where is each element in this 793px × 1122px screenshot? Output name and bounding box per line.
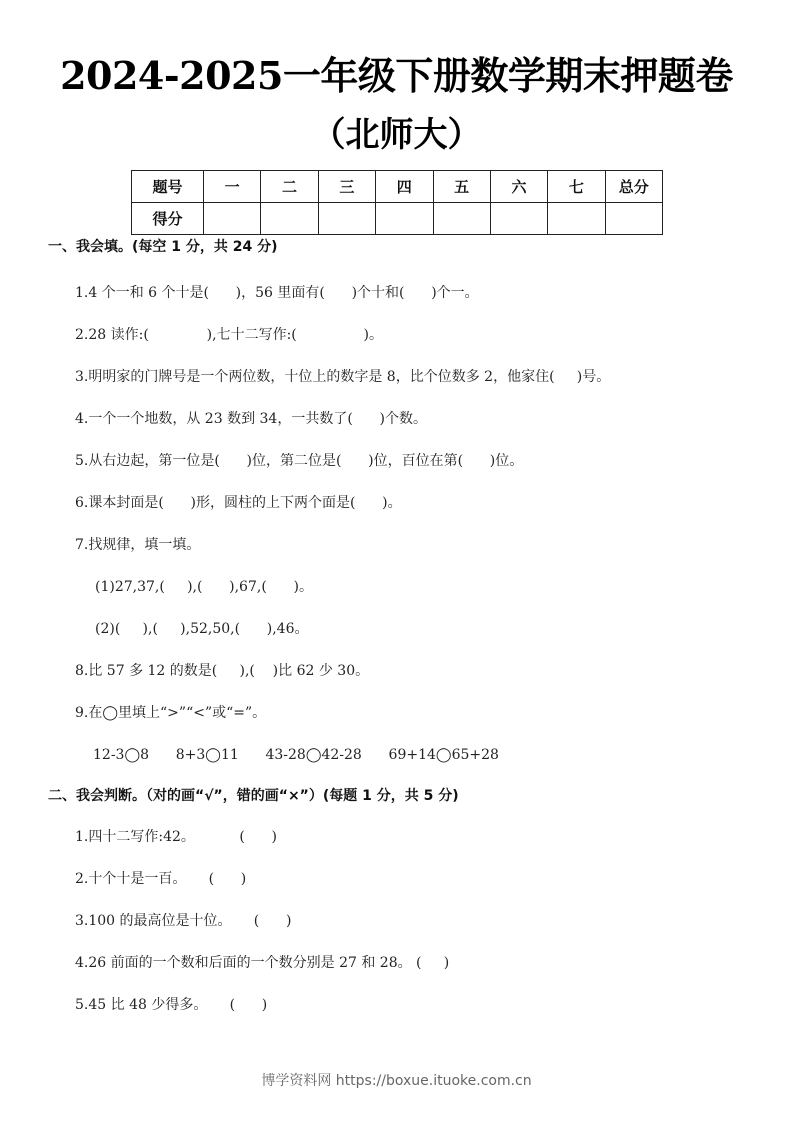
score-cell bbox=[318, 203, 375, 235]
score-cell bbox=[490, 203, 547, 235]
exam-subtitle: （北师大） bbox=[0, 112, 793, 158]
question: 4.一个一个地数，从 23 数到 34，一共数了( )个数。 bbox=[75, 409, 427, 429]
question: 1.4 个一和 6 个十是( )，56 里面有( )个十和( )个一。 bbox=[75, 283, 479, 303]
question: 6.课本封面是( )形，圆柱的上下两个面是( )。 bbox=[75, 493, 402, 513]
score-table-header-row: 题号 一 二 三 四 五 六 七 总分 bbox=[132, 171, 663, 203]
question: 3.明明家的门牌号是一个两位数，十位上的数字是 8，比个位数多 2，他家住( )… bbox=[75, 367, 610, 387]
header-cell: 七 bbox=[548, 171, 605, 203]
question: 9.在◯里填上“>”“<”或“=”。 bbox=[75, 703, 266, 723]
score-cell bbox=[261, 203, 318, 235]
sub-question: (2)( ),( ),52,50,( ),46。 bbox=[95, 619, 309, 639]
header-cell: 一 bbox=[204, 171, 261, 203]
question: 4.26 前面的一个数和后面的一个数分别是 27 和 28。 ( ) bbox=[75, 953, 449, 973]
score-cell bbox=[376, 203, 433, 235]
comparison-row: 12-3◯8 8+3◯11 43-28◯42-28 69+14◯65+28 bbox=[93, 745, 499, 765]
score-cell bbox=[204, 203, 261, 235]
header-cell: 题号 bbox=[132, 171, 204, 203]
footer-watermark: 博学资料网 https://boxue.ituoke.com.cn bbox=[0, 1070, 793, 1090]
question: 5.从右边起，第一位是( )位，第二位是( )位，百位在第( )位。 bbox=[75, 451, 523, 471]
exam-title: 2024-2025一年级下册数学期末押题卷 bbox=[0, 52, 793, 100]
score-label-cell: 得分 bbox=[132, 203, 204, 235]
header-cell: 六 bbox=[490, 171, 547, 203]
section2-heading: 二、我会判断。（对的画“√”，错的画“×”）(每题 1 分，共 5 分) bbox=[48, 786, 459, 806]
score-table-score-row: 得分 bbox=[132, 203, 663, 235]
question: 1.四十二写作:42。 ( ) bbox=[75, 827, 277, 847]
score-cell bbox=[548, 203, 605, 235]
question: 7.找规律，填一填。 bbox=[75, 535, 200, 555]
header-cell: 四 bbox=[376, 171, 433, 203]
header-cell: 二 bbox=[261, 171, 318, 203]
question: 2.28 读作:( ),七十二写作:( )。 bbox=[75, 325, 383, 345]
header-cell: 五 bbox=[433, 171, 490, 203]
question: 5.45 比 48 少得多。 ( ) bbox=[75, 995, 267, 1015]
section1-heading: 一、我会填。(每空 1 分，共 24 分) bbox=[48, 237, 278, 257]
header-cell: 三 bbox=[318, 171, 375, 203]
score-cell bbox=[605, 203, 662, 235]
question: 3.100 的最高位是十位。 ( ) bbox=[75, 911, 291, 931]
score-table: 题号 一 二 三 四 五 六 七 总分 得分 bbox=[131, 170, 663, 235]
sub-question: (1)27,37,( ),( ),67,( )。 bbox=[95, 577, 313, 597]
question: 8.比 57 多 12 的数是( ),( )比 62 少 30。 bbox=[75, 661, 369, 681]
question: 2.十个十是一百。 ( ) bbox=[75, 869, 246, 889]
score-cell bbox=[433, 203, 490, 235]
header-cell: 总分 bbox=[605, 171, 662, 203]
